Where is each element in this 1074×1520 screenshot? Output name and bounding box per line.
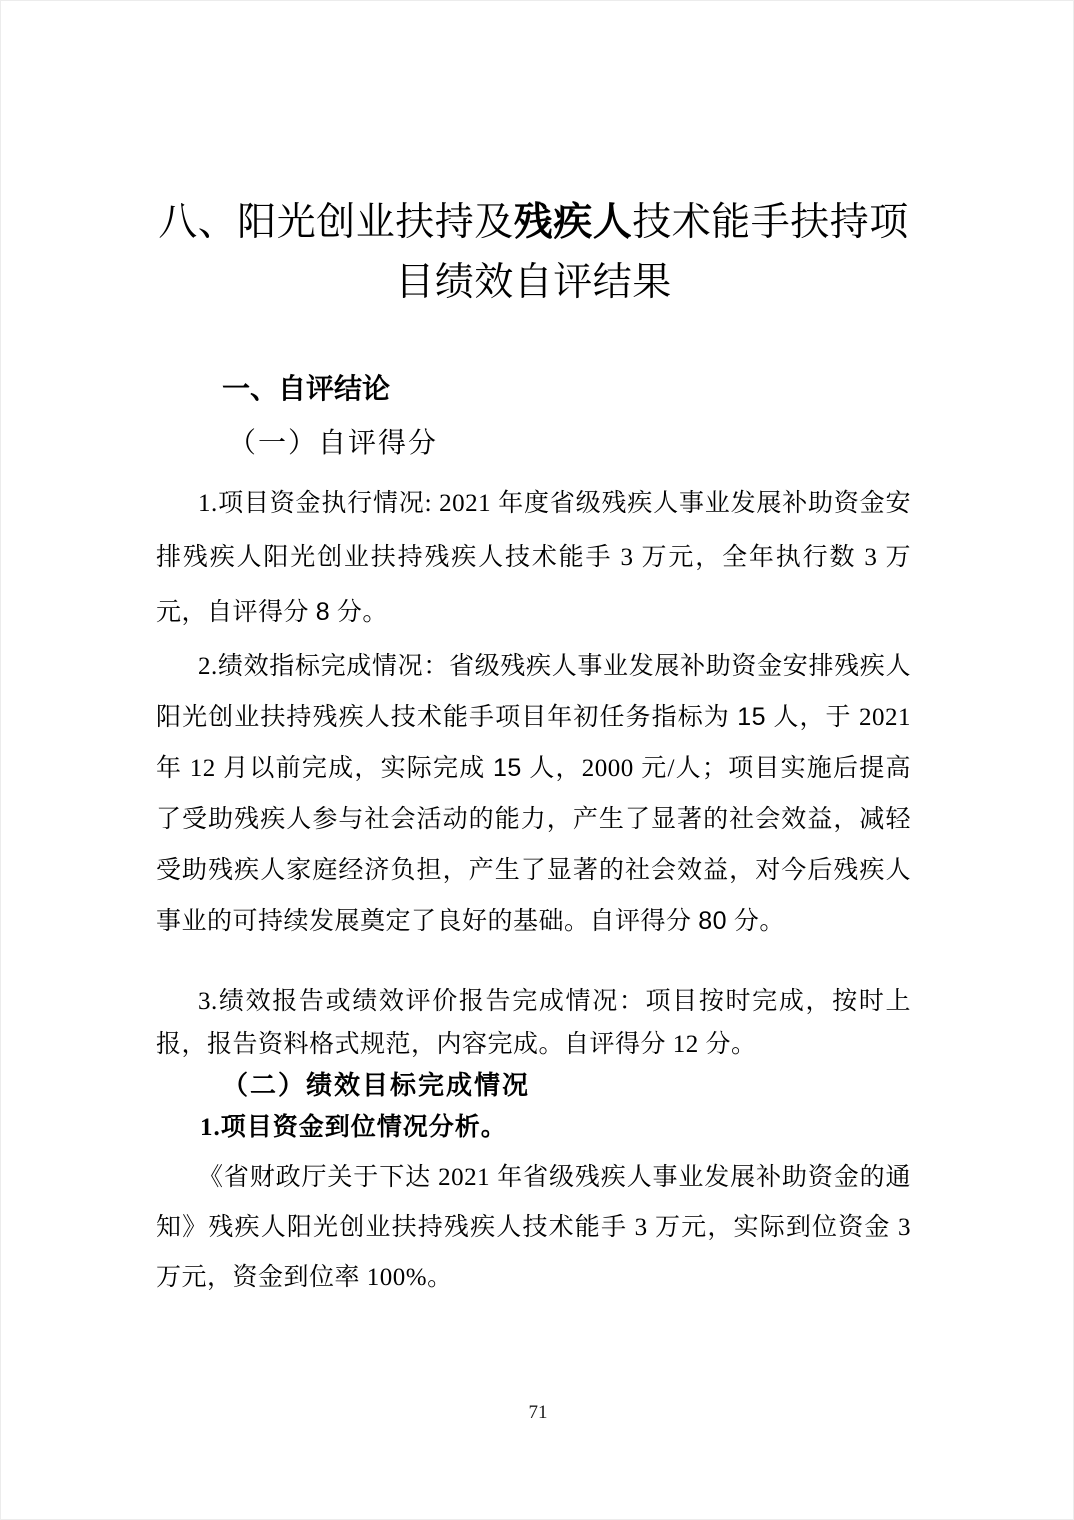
- kpi-text-3: 人，2000 元/人；项目实施后提高了受助残疾人参与社会活动的能力，产生了显著的…: [156, 755, 911, 935]
- title-segment-1: 八、阳光创业扶持及: [158, 201, 514, 244]
- kpi-score: 80: [698, 907, 727, 935]
- paragraph-finance-notice: 《省财政厅关于下达 2021 年省级残疾人事业发展补助资金的通知》残疾人阳光创业…: [156, 1153, 911, 1303]
- subheading-performance-targets: （二）绩效目标完成情况: [156, 1067, 530, 1105]
- fund-execution-tail: 分。: [330, 599, 388, 626]
- fund-execution-score: 8: [316, 598, 330, 626]
- subheading-fund-arrival-analysis: 1.项目资金到位情况分析。: [156, 1109, 507, 1147]
- kpi-target-count: 15: [737, 703, 766, 731]
- kpi-text-4: 分。: [727, 908, 785, 935]
- paragraph-report-completion: 3.绩效报告或绩效评价报告完成情况：项目按时完成，按时上报，报告资料格式规范，内…: [156, 980, 911, 1066]
- title-segment-bold: 残疾人: [514, 201, 633, 244]
- fund-execution-text: 1.项目资金执行情况: 2021 年度省级残疾人事业发展补助资金安排残疾人阳光创…: [156, 490, 911, 626]
- document-page: 八、阳光创业扶持及残疾人技术能手扶持项目绩效自评结果 一、自评结论 （一）自评得…: [0, 0, 1074, 1520]
- subheading-self-eval-score: （一）自评得分: [156, 426, 438, 462]
- kpi-actual-count: 15: [493, 754, 522, 782]
- page-number: 71: [1, 1401, 1074, 1425]
- title-segment-3: 目绩效自评结果: [395, 261, 672, 304]
- heading-self-eval-conclusion: 一、自评结论: [156, 371, 390, 407]
- paragraph-fund-execution: 1.项目资金执行情况: 2021 年度省级残疾人事业发展补助资金安排残疾人阳光创…: [156, 477, 911, 640]
- title-segment-2: 技术能手扶持项: [632, 201, 909, 244]
- document-title: 八、阳光创业扶持及残疾人技术能手扶持项目绩效自评结果: [156, 193, 911, 313]
- document-content: 八、阳光创业扶持及残疾人技术能手扶持项目绩效自评结果 一、自评结论 （一）自评得…: [156, 1, 911, 1519]
- paragraph-kpi-completion: 2.绩效指标完成情况：省级残疾人事业发展补助资金安排残疾人阳光创业扶持残疾人技术…: [156, 641, 911, 947]
